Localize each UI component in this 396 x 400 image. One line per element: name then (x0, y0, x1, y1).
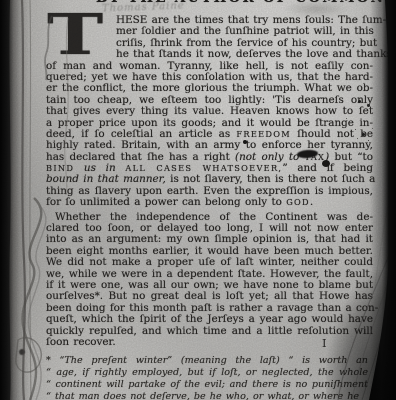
scanned-page-photo: BY THE AUTHOR OF COMMON SENSE. Thomas Pa… (0, 0, 396, 400)
binding-shadow-left (0, 0, 30, 400)
ink-blot (322, 160, 330, 167)
text-line: “ that man does not deſerve, be he who, … (46, 391, 368, 400)
text-line: “ age, if rightly employed, but if loſt,… (46, 367, 368, 379)
text-line: * “The preſent winter” (meaning the laſt… (46, 355, 368, 367)
corner-shadow (326, 270, 396, 400)
text-line: for ſo unlimited a power can belong only… (46, 197, 373, 208)
footnote-block: * “The preſent winter” (meaning the laſt… (46, 355, 368, 400)
ink-spot (243, 140, 247, 144)
body-text: HESE are the times that try mens ſouls: … (46, 15, 373, 348)
foxing-specks (358, 100, 361, 103)
text-line: “ continent will partake of the evil; an… (46, 379, 368, 391)
